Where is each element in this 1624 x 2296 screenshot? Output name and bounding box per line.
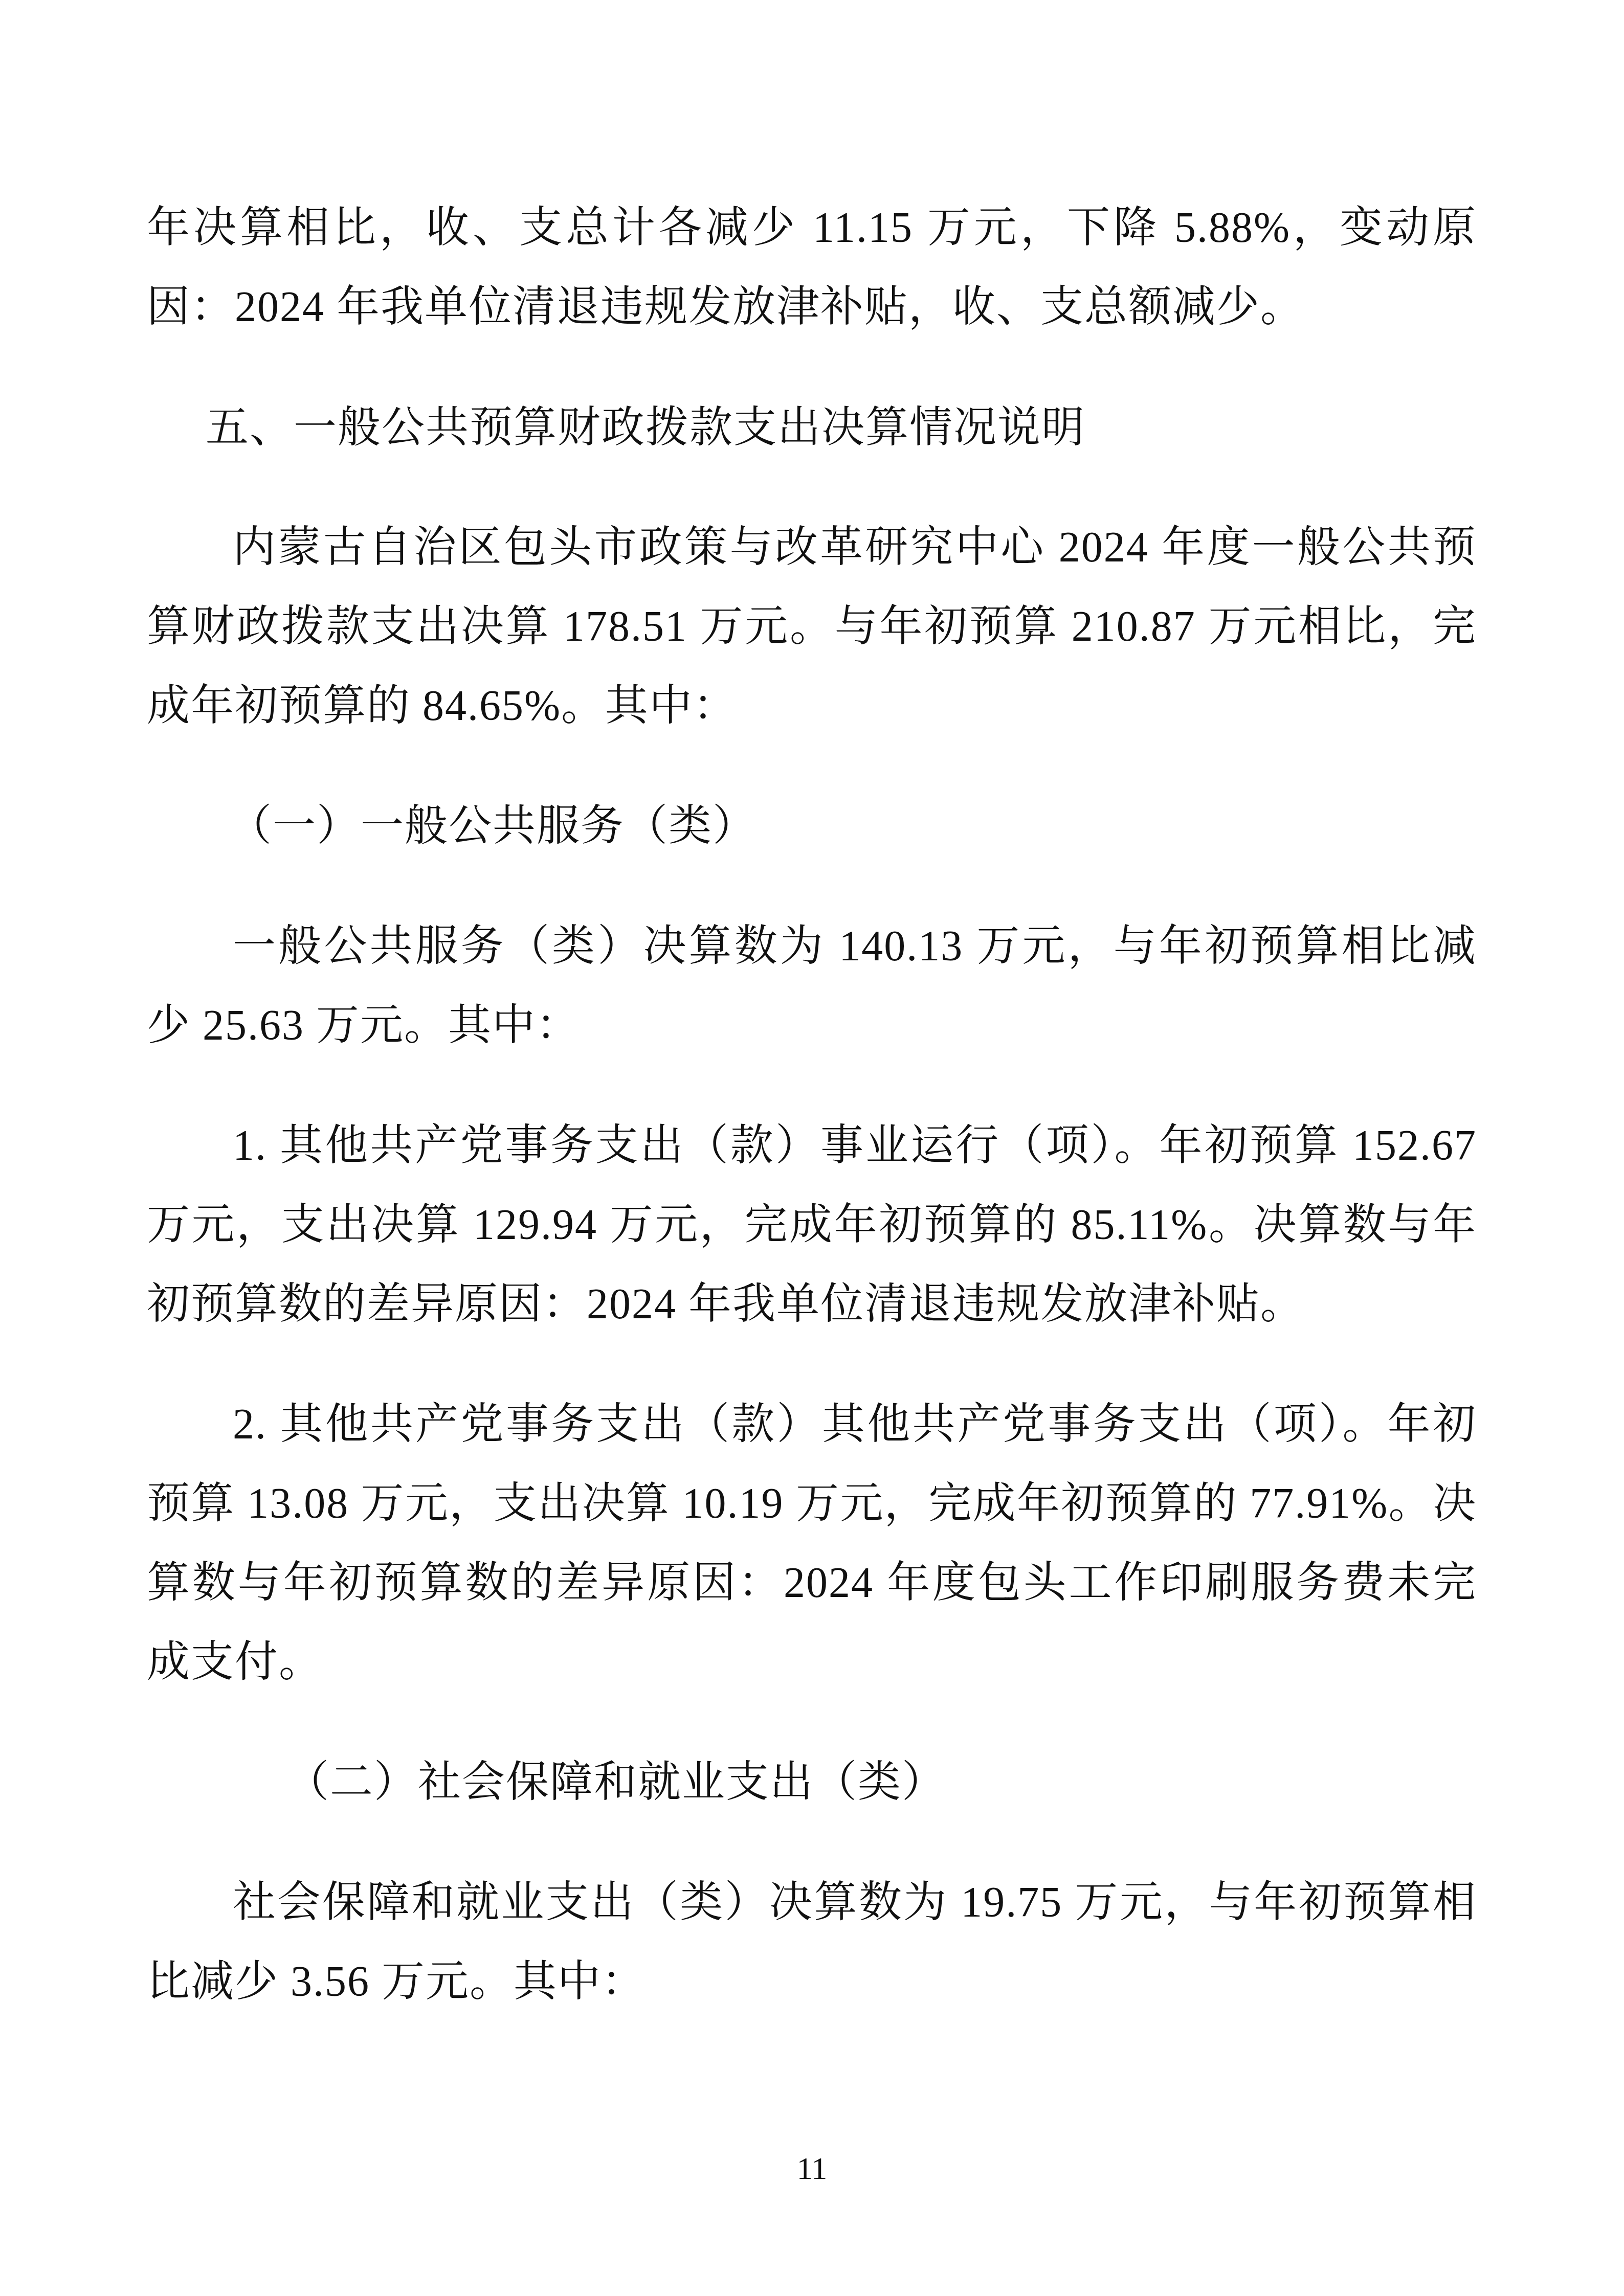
page-number: 11: [797, 2151, 828, 2186]
numbered-item-2: 2. 其他共产党事务支出（款）其他共产党事务支出（项）。年初预算 13.08 万…: [147, 1385, 1477, 1702]
subsection-heading-general-public-services: （一）一般公共服务（类）: [147, 786, 1477, 866]
subsection-heading-social-security: （二）社会保障和就业支出（类）: [147, 1743, 1477, 1822]
paragraph-budget-summary: 内蒙古自治区包头市政策与改革研究中心 2024 年度一般公共预算财政拨款支出决算…: [147, 508, 1477, 746]
paragraph-general-public-services: 一般公共服务（类）决算数为 140.13 万元，与年初预算相比减少 25.63 …: [147, 907, 1477, 1065]
page-content: 年决算相比，收、支总计各减少 11.15 万元，下降 5.88%，变动原因：20…: [147, 188, 1477, 2062]
section-heading-five: 五、一般公共预算财政拨款支出决算情况说明: [147, 388, 1477, 467]
page-footer: 11: [0, 2153, 1624, 2185]
document-page: 年决算相比，收、支总计各减少 11.15 万元，下降 5.88%，变动原因：20…: [0, 0, 1624, 2296]
paragraph-carryover: 年决算相比，收、支总计各减少 11.15 万元，下降 5.88%，变动原因：20…: [147, 188, 1477, 347]
paragraph-social-security: 社会保障和就业支出（类）决算数为 19.75 万元，与年初预算相比减少 3.56…: [147, 1863, 1477, 2021]
numbered-item-1: 1. 其他共产党事务支出（款）事业运行（项）。年初预算 152.67 万元，支出…: [147, 1106, 1477, 1344]
